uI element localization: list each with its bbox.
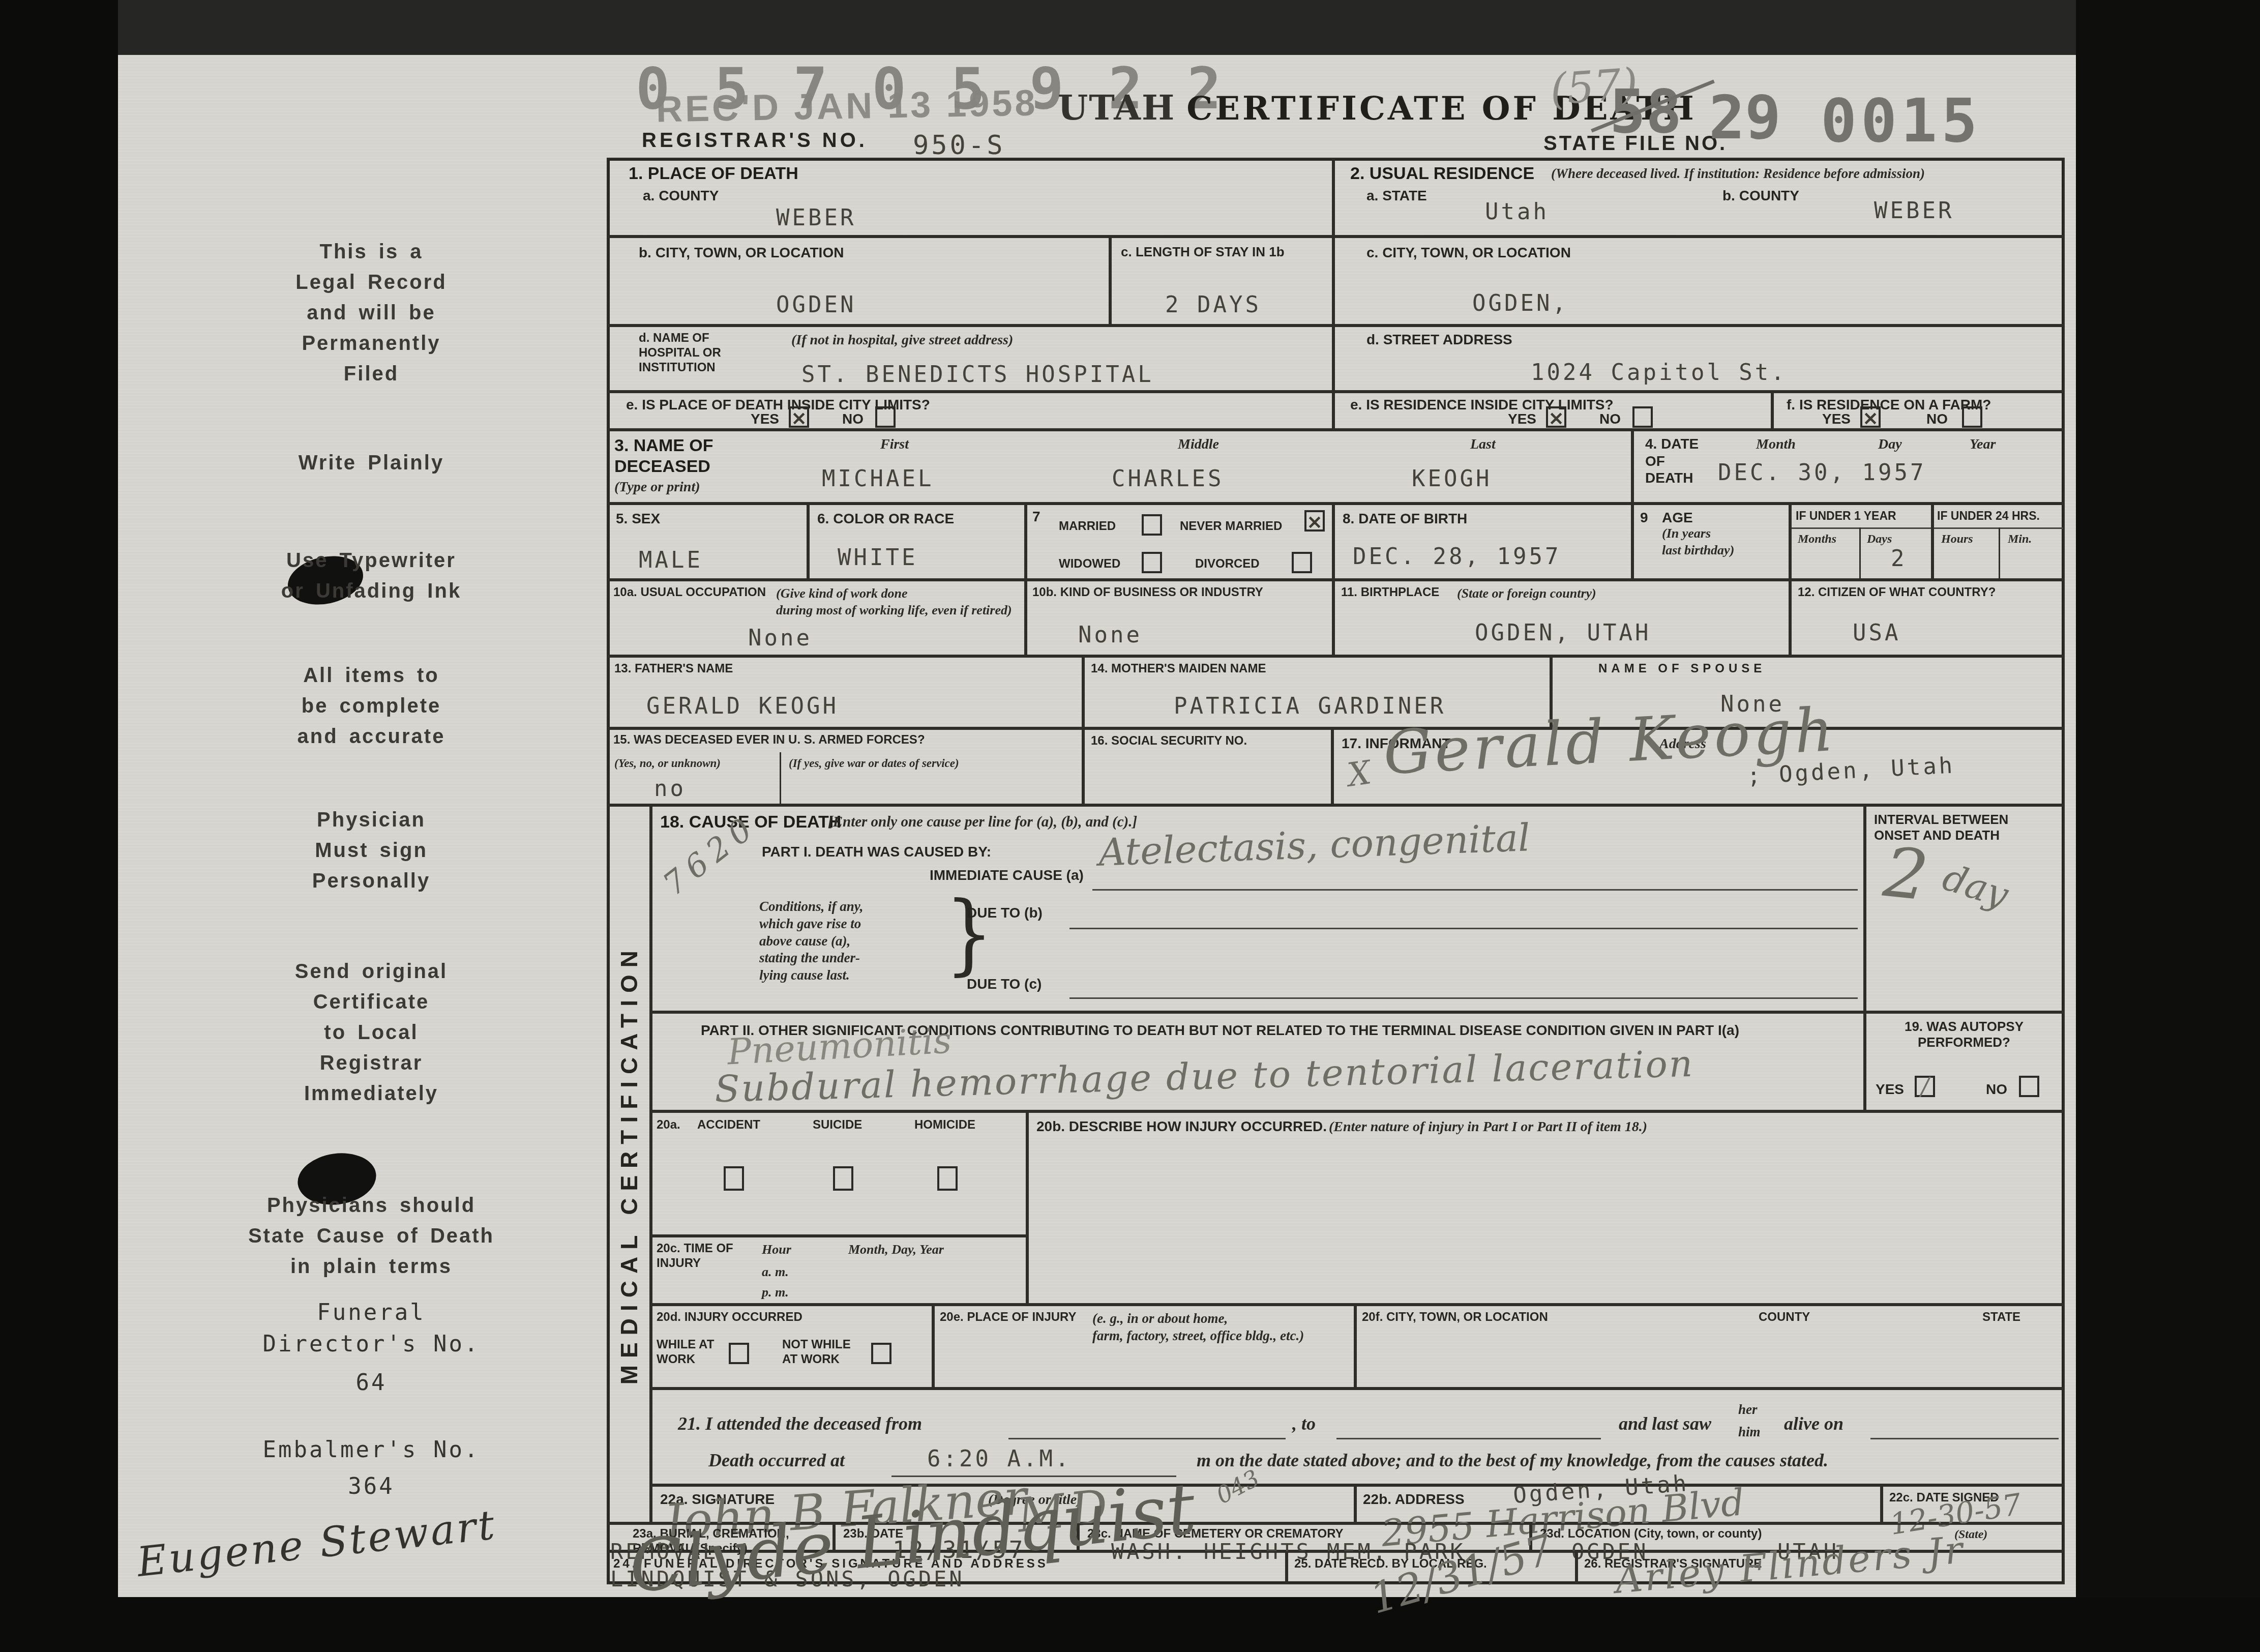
medical-certification-label: MEDICAL CERTIFICATION bbox=[615, 943, 643, 1384]
under-1-year-label: IF UNDER 1 YEAR bbox=[1796, 509, 1896, 523]
field-12-label: 12. CITIZEN OF WHAT COUNTRY? bbox=[1798, 585, 1996, 600]
field-14-label: 14. MOTHER'S MAIDEN NAME bbox=[1091, 662, 1266, 676]
month-day-year-label: Month, Day, Year bbox=[848, 1242, 944, 1258]
field-7-never-label: NEVER MARRIED bbox=[1180, 519, 1282, 534]
funeral-directors-no-value: 64 bbox=[153, 1367, 590, 1399]
checkbox-2e-no bbox=[1632, 406, 1653, 428]
field-2f-yes-label: YES bbox=[1822, 410, 1851, 428]
field-6-color-or-race: 6. COLOR OR RACE WHITE bbox=[808, 504, 1026, 580]
blank-line bbox=[1336, 1438, 1601, 1439]
field-20b-label: 20b. DESCRIBE HOW INJURY OCCURRED. bbox=[1036, 1118, 1327, 1135]
field-19-autopsy: 19. WAS AUTOPSY PERFORMED? YES / NO bbox=[1865, 1012, 2065, 1111]
blank-line bbox=[1870, 1438, 2059, 1439]
field-20a-num: 20a. bbox=[657, 1118, 680, 1133]
field-2e-yes-label: YES bbox=[1508, 410, 1536, 428]
field-10b-value: None bbox=[1078, 623, 1142, 647]
field-2f-no-label: NO bbox=[1926, 410, 1948, 428]
field-20a-accident-suicide-homicide: 20a. ACCIDENT SUICIDE HOMICIDE bbox=[651, 1111, 1027, 1236]
field-2a-value: Utah bbox=[1485, 200, 1549, 224]
checkbox-2f-no bbox=[1962, 406, 1982, 428]
checkbox-2e-yes: ✕ bbox=[1546, 406, 1566, 428]
checkbox-2f-yes: ✕ bbox=[1860, 406, 1881, 428]
alive-on: alive on bbox=[1784, 1412, 1843, 1435]
field-20e-place-of-injury: 20e. PLACE OF INJURY (e. g., in or about… bbox=[933, 1305, 1355, 1389]
field-1d-hospital: d. NAME OF HOSPITAL OR INSTITUTION (If n… bbox=[607, 326, 1333, 392]
field-1a-value: WEBER bbox=[776, 206, 856, 230]
death-post-text: m on the date stated above; and to the b… bbox=[1197, 1449, 1828, 1472]
cause-a-line bbox=[1092, 889, 1858, 891]
field-20d-label: 20d. INJURY OCCURRED bbox=[657, 1310, 802, 1325]
scanned-death-certificate: 0 5 7 0 5 9 2 2 REC'D JAN 13 1958 REGIST… bbox=[0, 0, 2260, 1652]
field-16-label: 16. SOCIAL SECURITY NO. bbox=[1091, 734, 1247, 749]
film-edge-right bbox=[2076, 0, 2260, 1652]
field-9-num: 9 bbox=[1640, 509, 1648, 526]
checkbox-1e-yes: ✕ bbox=[789, 406, 809, 428]
conditions-note: Conditions, if any, which gave rise to a… bbox=[759, 898, 942, 984]
field-2b-label: b. COUNTY bbox=[1722, 187, 1799, 204]
checkbox-while-at-work bbox=[729, 1343, 749, 1364]
field-16-ssn: 16. SOCIAL SECURITY NO. bbox=[1083, 728, 1332, 805]
due-to-b-label: DUE TO (b) bbox=[967, 904, 1043, 922]
state-label: STATE bbox=[1982, 1310, 2020, 1325]
margin-note-physician-sign: Physician Must sign Personally bbox=[153, 805, 590, 896]
field-8-label: 8. DATE OF BIRTH bbox=[1343, 510, 1467, 527]
accident-label: ACCIDENT bbox=[697, 1118, 760, 1133]
field-spouse-label: NAME OF SPOUSE bbox=[1598, 662, 1766, 676]
field-5-sex: 5. SEX MALE bbox=[607, 504, 808, 580]
field-4-day-label: Day bbox=[1878, 435, 1902, 453]
checkbox-19-yes: / bbox=[1915, 1076, 1935, 1097]
field-11-value: OGDEN, UTAH bbox=[1475, 621, 1651, 645]
field-12-value: USA bbox=[1853, 621, 1900, 645]
field-13-value: GERALD KEOGH bbox=[646, 694, 839, 719]
field-2b-value: WEBER bbox=[1874, 199, 1954, 223]
field-10a-note: (Give kind of work done during most of w… bbox=[776, 585, 1012, 618]
immediate-cause-label: IMMEDIATE CAUSE (a) bbox=[930, 867, 1084, 884]
medical-certification-band: MEDICAL CERTIFICATION bbox=[607, 805, 651, 1523]
field-3-label: 3. NAME OF DECEASED bbox=[614, 435, 713, 477]
field-9-age-label: AGE bbox=[1662, 509, 1693, 526]
margin-note-send-original: Send original Certificate to Local Regis… bbox=[153, 956, 590, 1109]
field-9-note: (In years last birthday) bbox=[1662, 525, 1734, 558]
field-1c-length-of-stay: c. LENGTH OF STAY IN 1b 2 DAYS bbox=[1110, 237, 1333, 326]
field-3-middle-label: Middle bbox=[1178, 435, 1219, 453]
field-12-citizen: 12. CITIZEN OF WHAT COUNTRY? USA bbox=[1790, 580, 2065, 656]
field-1e-yes-label: YES bbox=[751, 410, 779, 428]
field-20b-describe-injury: 20b. DESCRIBE HOW INJURY OCCURRED. (Ente… bbox=[1027, 1111, 2065, 1305]
section1-title: 1. PLACE OF DEATH bbox=[629, 163, 798, 184]
divider bbox=[1859, 527, 1861, 578]
field-2c-value: OGDEN, bbox=[1472, 291, 1568, 316]
due-b-line bbox=[1069, 928, 1858, 929]
state-file-no-29: 29 bbox=[1709, 82, 1781, 153]
attended-to: , to bbox=[1292, 1412, 1316, 1435]
received-date-stamp: REC'D JAN 13 1958 bbox=[656, 82, 1038, 130]
am-label: a. m. bbox=[762, 1264, 789, 1281]
field-7-divorced-label: DIVORCED bbox=[1195, 557, 1260, 572]
state-file-no-0015: 0015 bbox=[1821, 85, 1981, 156]
film-edge-bottom bbox=[0, 1597, 2260, 1652]
field-6-value: WHITE bbox=[838, 546, 917, 570]
checkbox-suicide bbox=[833, 1166, 853, 1191]
field-10a-label: 10a. USUAL OCCUPATION bbox=[613, 585, 766, 600]
margin-note-write-plainly: Write Plainly bbox=[153, 448, 590, 478]
field-8-date-of-birth: 8. DATE OF BIRTH DEC. 28, 1957 bbox=[1333, 504, 1632, 580]
checkbox-homicide bbox=[937, 1166, 958, 1191]
field-1e-city-limits: e. IS PLACE OF DEATH INSIDE CITY LIMITS?… bbox=[607, 392, 1333, 430]
divider bbox=[780, 752, 781, 804]
days-value: 2 bbox=[1891, 547, 1907, 571]
field-7-widowed-label: WIDOWED bbox=[1059, 557, 1120, 572]
field-1e-no-label: NO bbox=[842, 410, 864, 428]
while-at-work-label: WHILE AT WORK bbox=[657, 1338, 714, 1367]
field-20d-injury-occurred: 20d. INJURY OCCURRED WHILE AT WORK NOT W… bbox=[651, 1305, 933, 1389]
field-11-note: (State or foreign country) bbox=[1457, 585, 1596, 602]
field-10b-industry: 10b. KIND OF BUSINESS OR INDUSTRY None bbox=[1026, 580, 1333, 656]
field-1c-value: 2 DAYS bbox=[1165, 293, 1261, 317]
field-22b-label: 22b. ADDRESS bbox=[1363, 1491, 1465, 1508]
field-19-no-label: NO bbox=[1986, 1081, 2007, 1098]
field-3-first-value: MICHAEL bbox=[822, 467, 934, 491]
attended-pre: 21. I attended the deceased from bbox=[678, 1412, 922, 1435]
part1-label: PART I. DEATH WAS CAUSED BY: bbox=[762, 843, 991, 861]
field-20f-label: 20f. CITY, TOWN, OR LOCATION bbox=[1362, 1310, 1548, 1325]
field-15-armed-forces: 15. WAS DECEASED EVER IN U. S. ARMED FOR… bbox=[607, 728, 1083, 805]
min-label: Min. bbox=[2008, 532, 2032, 547]
field-20f-city-county-state: 20f. CITY, TOWN, OR LOCATION COUNTY STAT… bbox=[1355, 1305, 2065, 1389]
field-4-date-of-death: 4. DATE OF DEATH Month Day Year DEC. 30,… bbox=[1632, 430, 2065, 504]
field-1c-label: c. LENGTH OF STAY IN 1b bbox=[1121, 244, 1285, 260]
field-10a-value: None bbox=[748, 626, 812, 651]
her-label: her bbox=[1738, 1401, 1758, 1419]
blank-line bbox=[1008, 1438, 1286, 1439]
margin-note-use-typewriter: Use Typewriter or Unfading Ink bbox=[153, 545, 590, 606]
field-20c-time-of-injury: 20c. TIME OF INJURY Hour a. m. p. m. Mon… bbox=[651, 1236, 1027, 1305]
field-19-label: 19. WAS AUTOPSY PERFORMED? bbox=[1872, 1019, 2056, 1050]
embalmers-no-value: 364 bbox=[153, 1471, 590, 1502]
field-10a-occupation: 10a. USUAL OCCUPATION (Give kind of work… bbox=[607, 580, 1026, 656]
checkbox-1e-no bbox=[875, 406, 896, 428]
field-15-label: 15. WAS DECEASED EVER IN U. S. ARMED FOR… bbox=[613, 733, 925, 748]
suicide-label: SUICIDE bbox=[813, 1118, 862, 1133]
field-11-birthplace: 11. BIRTHPLACE (State or foreign country… bbox=[1333, 580, 1790, 656]
margin-note-all-items: All items to be complete and accurate bbox=[153, 660, 590, 752]
hours-label: Hours bbox=[1941, 532, 1973, 547]
field-3-middle-value: CHARLES bbox=[1112, 467, 1224, 491]
field-3-last-value: KEOGH bbox=[1412, 467, 1492, 491]
homicide-label: HOMICIDE bbox=[914, 1118, 975, 1133]
checkbox-19-no bbox=[2019, 1076, 2039, 1097]
field-2e-city-limits: e. IS RESIDENCE INSIDE CITY LIMITS? YES … bbox=[1333, 392, 1772, 430]
field-9-under-1-year: IF UNDER 1 YEAR Months Days 2 bbox=[1790, 504, 1932, 580]
not-while-at-work-label: NOT WHILE AT WORK bbox=[782, 1338, 851, 1367]
informant-x-mark: X bbox=[1346, 756, 1373, 792]
field-14-value: PATRICIA GARDINER bbox=[1174, 694, 1446, 719]
county-label: COUNTY bbox=[1759, 1310, 1810, 1325]
under-24-hrs-label: IF UNDER 24 HRS. bbox=[1937, 509, 2040, 523]
field-1d-value: ST. BENEDICTS HOSPITAL bbox=[801, 363, 1154, 387]
registrars-no-value: 950-S bbox=[913, 131, 1005, 160]
field-3-last-label: Last bbox=[1470, 435, 1496, 453]
field-13-label: 13. FATHER'S NAME bbox=[614, 662, 733, 676]
field-21-attended: 21. I attended the deceased from , to an… bbox=[651, 1389, 2065, 1485]
checkbox-7-never-married: ✕ bbox=[1304, 510, 1325, 532]
field-2e-label: e. IS RESIDENCE INSIDE CITY LIMITS? bbox=[1350, 396, 1614, 414]
field-9-age: 9 AGE (In years last birthday) bbox=[1632, 504, 1790, 580]
title-state: UTAH bbox=[1058, 87, 1175, 128]
film-edge-top bbox=[0, 0, 2260, 55]
field-4-year-label: Year bbox=[1970, 435, 1996, 453]
field-15-note2: (If yes, give war or dates of service) bbox=[789, 756, 959, 771]
field-3-note: (Type or print) bbox=[614, 478, 700, 496]
field-20e-label: 20e. PLACE OF INJURY bbox=[940, 1310, 1077, 1325]
field-7-num: 7 bbox=[1032, 508, 1040, 525]
field-2f-farm: f. IS RESIDENCE ON A FARM? YES ✕ NO bbox=[1772, 392, 2065, 430]
section2-title-note: (Where deceased lived. If institution: R… bbox=[1551, 165, 1925, 183]
due-c-line bbox=[1069, 997, 1858, 999]
embalmers-no-label: Embalmer's No. bbox=[153, 1434, 590, 1466]
field-1d-label: d. NAME OF HOSPITAL OR INSTITUTION bbox=[639, 331, 721, 375]
field-15-value: no bbox=[654, 777, 686, 801]
field-8-value: DEC. 28, 1957 bbox=[1353, 545, 1561, 569]
field-5-value: MALE bbox=[639, 548, 703, 573]
field-9-under-24-hrs: IF UNDER 24 HRS. Hours Min. bbox=[1932, 504, 2065, 580]
death-occurred-at: Death occurred at bbox=[708, 1449, 845, 1472]
field-7-marital-status: 7 MARRIED NEVER MARRIED ✕ WIDOWED DIVORC… bbox=[1026, 504, 1333, 580]
pm-label: p. m. bbox=[762, 1284, 789, 1301]
checkbox-accident bbox=[724, 1166, 744, 1191]
field-18-interval: INTERVAL BETWEEN ONSET AND DEATH 2 day bbox=[1865, 805, 2065, 1012]
months-label: Months bbox=[1798, 532, 1836, 547]
checkbox-7-widowed bbox=[1142, 552, 1162, 573]
field-15-note1: (Yes, no, or unknown) bbox=[614, 756, 721, 771]
days-label: Days bbox=[1867, 532, 1892, 547]
certificate-title: UTAHCERTIFICATE OF DEATH bbox=[1058, 87, 1577, 128]
checkbox-not-while-at-work bbox=[871, 1343, 891, 1364]
state-file-no-58: 58 bbox=[1610, 76, 1682, 146]
field-20e-note: (e. g., in or about home, farm, factory,… bbox=[1092, 1310, 1304, 1345]
conditions-brace: } bbox=[945, 890, 993, 978]
divider bbox=[1999, 527, 2000, 578]
interval-value-word: day bbox=[1939, 859, 2013, 914]
field-3-first-label: First bbox=[880, 435, 909, 453]
checkbox-7-married bbox=[1142, 514, 1162, 536]
funeral-directors-no-label: Funeral Director's No. bbox=[153, 1297, 590, 1360]
due-to-c-label: DUE TO (c) bbox=[967, 976, 1042, 993]
field-18-title-note: [Enter only one cause per line for (a), … bbox=[828, 813, 1137, 831]
field-2d-street-address: d. STREET ADDRESS 1024 Capitol St. bbox=[1333, 326, 2065, 392]
field-20c-label: 20c. TIME OF INJURY bbox=[657, 1242, 733, 1271]
field-1a-county: 1. PLACE OF DEATH a. COUNTY WEBER bbox=[607, 158, 1333, 237]
interval-value-num: 2 bbox=[1881, 838, 1931, 910]
field-6-label: 6. COLOR OR RACE bbox=[817, 510, 954, 527]
field-2a-label: a. STATE bbox=[1366, 187, 1427, 204]
field-4-label: 4. DATE OF DEATH bbox=[1645, 435, 1699, 487]
field-20b-note: (Enter nature of injury in Part I or Par… bbox=[1329, 1118, 1647, 1136]
registrars-no-label: REGISTRAR'S NO. bbox=[642, 128, 868, 153]
section2-title: 2. USUAL RESIDENCE bbox=[1350, 163, 1534, 184]
field-2c-city: c. CITY, TOWN, OR LOCATION OGDEN, bbox=[1333, 237, 2065, 326]
field-1b-label: b. CITY, TOWN, OR LOCATION bbox=[639, 244, 844, 261]
divider bbox=[1792, 527, 1931, 529]
field-2ab-state-county: 2. USUAL RESIDENCE (Where deceased lived… bbox=[1333, 158, 2065, 237]
field-2c-label: c. CITY, TOWN, OR LOCATION bbox=[1366, 244, 1571, 261]
field-2d-value: 1024 Capitol St. bbox=[1531, 361, 1787, 385]
field-13-father-name: 13. FATHER'S NAME GERALD KEOGH bbox=[607, 656, 1083, 728]
him-label: him bbox=[1738, 1424, 1761, 1441]
field-1b-city: b. CITY, TOWN, OR LOCATION OGDEN bbox=[607, 237, 1110, 326]
field-11-label: 11. BIRTHPLACE bbox=[1341, 585, 1439, 600]
field-5-label: 5. SEX bbox=[616, 510, 660, 527]
field-3-name-of-deceased: 3. NAME OF DECEASED (Type or print) Firs… bbox=[607, 430, 1632, 504]
last-saw: and last saw bbox=[1619, 1412, 1711, 1435]
margin-note-plain-terms: Physicians should State Cause of Death i… bbox=[153, 1190, 590, 1282]
film-edge-left bbox=[0, 0, 118, 1652]
field-1a-label: a. COUNTY bbox=[643, 187, 719, 204]
field-19-yes-label: YES bbox=[1876, 1081, 1904, 1098]
field-2d-label: d. STREET ADDRESS bbox=[1366, 331, 1512, 348]
checkbox-7-divorced bbox=[1292, 552, 1312, 573]
death-time-value: 6:20 A.M. bbox=[927, 1447, 1071, 1471]
field-1d-note: (If not in hospital, give street address… bbox=[791, 331, 1013, 349]
field-10b-label: 10b. KIND OF BUSINESS OR INDUSTRY bbox=[1032, 585, 1263, 600]
field-2e-no-label: NO bbox=[1599, 410, 1621, 428]
field-2f-label: f. IS RESIDENCE ON A FARM? bbox=[1787, 396, 1991, 414]
field-4-month-label: Month bbox=[1756, 435, 1796, 453]
field-4-value: DEC. 30, 1957 bbox=[1718, 461, 1926, 485]
margin-note-legal-record: This is a Legal Record and will be Perma… bbox=[153, 237, 590, 389]
hour-label: Hour bbox=[762, 1242, 791, 1258]
field-7-married-label: MARRIED bbox=[1059, 519, 1116, 534]
field-1b-value: OGDEN bbox=[776, 293, 856, 317]
